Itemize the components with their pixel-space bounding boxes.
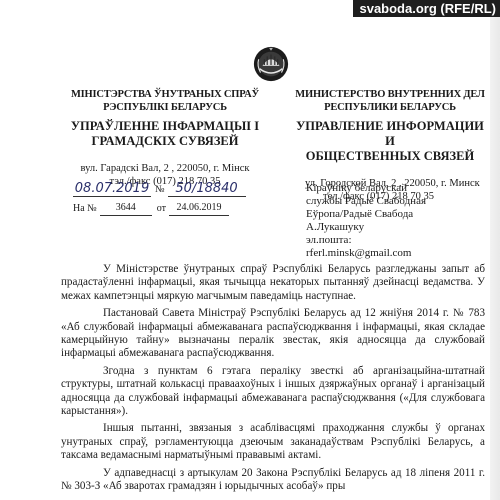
addressee-name: А.Лукашуку xyxy=(306,221,491,234)
letter-body: У Міністэрстве ўнутраных спраў Рэспублік… xyxy=(61,263,485,498)
source-watermark: svaboda.org (RFE/RL) xyxy=(353,0,500,17)
addressee-block: Кіраўніку беларускай службы Радыё Свабод… xyxy=(306,182,491,260)
page-edge-shadow xyxy=(490,0,500,500)
document-page: МІНІСТЭРСТВА ЎНУТРАНЫХ СПРАЎ РЭСПУБЛІКІ … xyxy=(0,0,490,500)
department-name-be-2: ГРАМАДСКІХ СУВЯЗЕЙ xyxy=(70,134,260,149)
reply-to-date: 24.06.2019 xyxy=(169,201,229,216)
body-paragraph: Пастановай Савета Міністраў Рэспублікі Б… xyxy=(61,307,485,361)
outgoing-registration: 08.07.2019 № 50/18840 xyxy=(73,182,273,197)
department-name-be: УПРАЎЛЕННЕ ІНФАРМАЦЫІ І xyxy=(70,119,260,134)
ministry-name-be: МІНІСТЭРСТВА ЎНУТРАНЫХ СПРАЎ xyxy=(70,88,260,101)
reply-reference: На № 3644 от 24.06.2019 xyxy=(73,201,273,216)
body-paragraph: У адпаведнасці з артыкулам 20 Закона Рэс… xyxy=(61,467,485,494)
body-paragraph: Іншыя пытанні, звязаныя з асаблівасцямі … xyxy=(61,422,485,462)
from-label: от xyxy=(157,202,166,216)
belarus-coat-of-arms-icon xyxy=(252,45,290,83)
body-paragraph: У Міністэрстве ўнутраных спраў Рэспублік… xyxy=(61,263,485,303)
department-name-ru: УПРАВЛЕНИЕ ИНФОРМАЦИИ И xyxy=(295,119,485,149)
addressee-line: службы Радыё Свабодная xyxy=(306,195,491,208)
reply-to-label: На № xyxy=(73,202,97,216)
addressee-line: Кіраўніку беларускай xyxy=(306,182,491,195)
ministry-country-be: РЭСПУБЛІКІ БЕЛАРУСЬ xyxy=(70,101,260,114)
number-label: № xyxy=(155,183,165,197)
email-label: эл.пошта: xyxy=(306,234,491,247)
registration-block: 08.07.2019 № 50/18840 На № 3644 от 24.06… xyxy=(73,182,273,216)
department-name-ru-2: ОБЩЕСТВЕННЫХ СВЯЗЕЙ xyxy=(295,149,485,164)
ministry-country-ru: РЕСПУБЛИКИ БЕЛАРУСЬ xyxy=(295,101,485,114)
address-be: вул. Гарадскі Вал, 2 , 220050, г. Мінск xyxy=(70,162,260,175)
reply-to-number: 3644 xyxy=(100,201,152,216)
email-address: rferl.minsk@gmail.com xyxy=(306,247,491,260)
ministry-name-ru: МИНИСТЕРСТВО ВНУТРЕННИХ ДЕЛ xyxy=(295,88,485,101)
body-paragraph: Згодна з пунктам 6 гэтага пераліку звест… xyxy=(61,365,485,419)
outgoing-number: 50/18840 xyxy=(168,182,246,197)
addressee-line: Еўропа/Радыё Свабода xyxy=(306,208,491,221)
outgoing-date: 08.07.2019 xyxy=(73,182,151,197)
header-belarusian: МІНІСТЭРСТВА ЎНУТРАНЫХ СПРАЎ РЭСПУБЛІКІ … xyxy=(70,88,260,188)
